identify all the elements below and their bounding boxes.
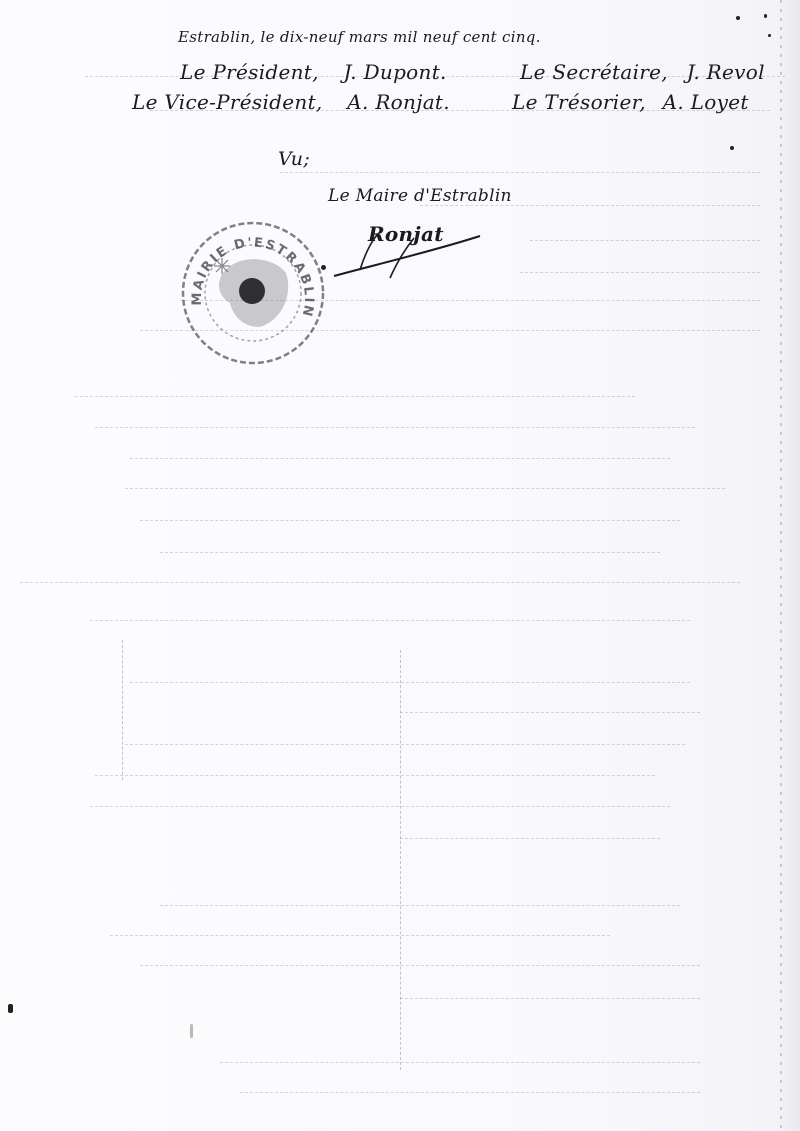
signature-name: J. Revol — [687, 60, 765, 84]
ink-speck — [8, 1004, 13, 1013]
ruled-line — [280, 172, 760, 173]
signature-flourish-icon — [330, 230, 500, 290]
role-label: Le Secrétaire, — [520, 60, 668, 84]
ink-speck — [764, 14, 767, 18]
ruled-line — [130, 682, 690, 683]
signature-vice-president: Le Vice-Président, A. Ronjat. — [132, 90, 450, 114]
ruled-line — [400, 838, 660, 839]
ink-smudge — [190, 1024, 193, 1038]
ruled-line — [400, 998, 700, 999]
ruled-line — [400, 712, 700, 713]
page-edge-shadow — [780, 0, 782, 1131]
ruled-line — [90, 806, 670, 807]
ruled-line — [160, 552, 660, 553]
mayor-title: Le Maire d'Estrablin — [328, 186, 512, 206]
ruled-line — [125, 488, 725, 489]
ruled-line — [95, 427, 695, 428]
ruled-column-line — [400, 650, 401, 1070]
ink-speck — [730, 146, 734, 150]
ruled-line — [90, 620, 690, 621]
ink-speck — [736, 16, 740, 20]
ruled-line — [160, 905, 680, 906]
ink-speck — [768, 34, 771, 37]
role-label: Le Vice-Président, — [132, 90, 323, 114]
ruled-line — [110, 935, 610, 936]
signature-name: J. Dupont. — [343, 60, 446, 84]
ruled-line — [140, 520, 680, 521]
ruled-column-line — [122, 640, 123, 780]
date-line: Estrablin, le dix-neuf mars mil neuf cen… — [178, 28, 541, 46]
role-label: Le Président, — [180, 60, 319, 84]
role-label: Le Trésorier, — [512, 90, 646, 114]
signature-name: A. Ronjat. — [347, 90, 450, 114]
seen-label: Vu; — [278, 148, 310, 170]
ruled-line — [220, 1062, 700, 1063]
official-stamp-icon: MAIRIE D'ESTRABLIN — [178, 218, 328, 368]
ink-speck — [321, 265, 326, 270]
ruled-line — [95, 775, 655, 776]
signature-name: A. Loyet — [663, 90, 749, 114]
ruled-line — [520, 272, 760, 273]
ruled-line — [240, 1092, 700, 1093]
signature-president: Le Président, J. Dupont. — [180, 60, 447, 84]
ruled-line — [125, 744, 685, 745]
ruled-line — [75, 396, 635, 397]
ruled-line — [130, 458, 670, 459]
signature-secretaire: Le Secrétaire, J. Revol — [520, 60, 765, 84]
ruled-line — [20, 582, 740, 583]
ruled-line — [530, 240, 760, 241]
signature-tresorier: Le Trésorier, A. Loyet — [512, 90, 749, 114]
scanned-page: Estrablin, le dix-neuf mars mil neuf cen… — [0, 0, 800, 1131]
ruled-line — [140, 965, 700, 966]
